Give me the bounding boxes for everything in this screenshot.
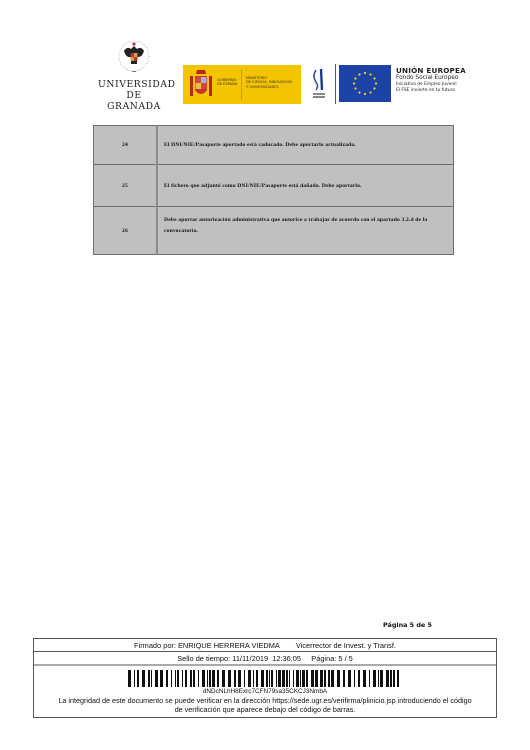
verification-code: dNDcNLhH8Exrc7CFN79sa35CKCJ3NmbA [34,688,496,695]
verification-note: La integridad de este documento se puede… [34,696,496,714]
ugr-name-line2: DE GRANADA [98,90,170,112]
row-code: 25 [94,165,158,207]
eu-flag-icon [339,65,391,102]
row-description: El DNI/NIE/Pasaporte aportado está caduc… [157,126,454,165]
page-number: Página 5 de 5 [383,621,432,629]
ugr-coat-of-arms-icon [117,38,151,76]
gobierno-espana-logo: GOBIERNO DE ESPAÑA MINISTERIO DE CIENCIA… [183,65,301,104]
eu-subtitle: Fondo Social Europeo [396,75,466,82]
row-code: 24 [94,126,158,165]
ministerio-label: MINISTERIO DE CIENCIA, INNOVACIÓN Y UNIV… [246,76,292,89]
spain-coat-of-arms-icon [189,68,213,101]
row-description: Debe aportar autorización administrativa… [157,207,454,255]
universidad-granada-logo: UNIVERSIDAD DE GRANADA [98,38,170,102]
ministerio-line3: Y UNIVERSIDADES [246,85,292,89]
eu-line3: Iniciativa de Empleo Juvenil [396,82,466,88]
eu-title: UNIÓN EUROPEA [396,66,466,75]
program-mark-icon [310,66,328,102]
error-codes-table: 24 El DNI/NIE/Pasaporte aportado está ca… [93,125,454,255]
table-row: 24 El DNI/NIE/Pasaporte aportado está ca… [94,126,454,165]
ugr-name: UNIVERSIDAD DE GRANADA [98,79,170,112]
verification-note-line2: de verificación que aparece debajo del c… [34,705,496,714]
row-code: 26 [94,207,158,255]
footer-divider [34,664,496,666]
row-description: El fichero que adjuntó como DNI/NIE/Pasa… [157,165,454,207]
ugr-name-line1: UNIVERSIDAD [98,79,170,90]
footer-divider [34,651,496,652]
eu-logo-text: UNIÓN EUROPEA Fondo Social Europeo Inici… [396,66,466,93]
signature-footer: Firmado por: ENRIQUE HERRERA VIEDMA Vice… [33,638,497,718]
barcode-icon [128,670,400,687]
gobierno-line2: DE ESPAÑA [217,82,237,86]
table-row: 26 Debe aportar autorización administrat… [94,207,454,255]
verification-note-line1: La integridad de este documento se puede… [34,696,496,705]
table-row: 25 El fichero que adjuntó como DNI/NIE/P… [94,165,454,207]
signed-by: Firmado por: ENRIQUE HERRERA VIEDMA Vice… [34,641,496,650]
logo-divider [335,64,336,104]
gobierno-label: GOBIERNO DE ESPAÑA [217,78,237,87]
timestamp: Sello de tiempo: 11/11/2019 12:36:05 Pág… [34,654,496,663]
eu-line4: El FSE invierte en tu futuro [396,88,466,94]
gobierno-divider [241,69,242,100]
